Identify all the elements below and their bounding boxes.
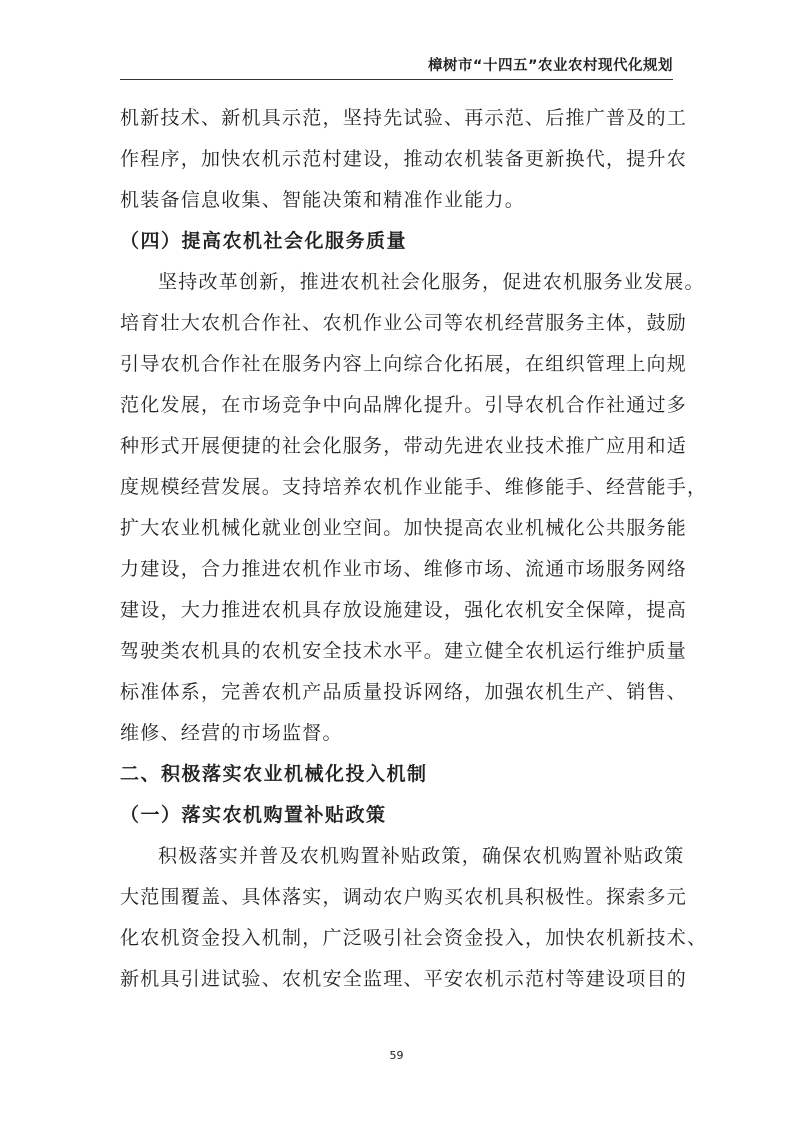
text-line: 积极落实并普及农机购置补贴政策，确保农机购置补贴政策 <box>120 836 680 877</box>
text-line: 力建设，合力推进农机作业市场、维修市场、流通市场服务网络 <box>120 549 680 590</box>
section-heading-4: （四）提高农机社会化服务质量 <box>120 221 680 262</box>
text-line: 标准体系，完善农机产品质量投诉网络，加强农机生产、销售、 <box>120 672 680 713</box>
paragraph-continued: 机新技术、新机具示范，坚持先试验、再示范、后推广普及的工 作程序，加快农机示范村… <box>120 98 680 221</box>
text-line: 引导农机合作社在服务内容上向综合化拓展，在组织管理上向规 <box>120 344 680 385</box>
text-line: 范化发展，在市场竞争中向品牌化提升。引导农机合作社通过多 <box>120 385 680 426</box>
text-line: 扩大农业机械化就业创业空间。加快提高农业机械化公共服务能 <box>120 508 680 549</box>
page-number: 59 <box>0 1049 793 1062</box>
running-header: 樟树市“十四五”农业农村现代化规划 <box>120 54 673 80</box>
chapter-heading-2: 二、积极落实农业机械化投入机制 <box>120 754 680 795</box>
page-body: 机新技术、新机具示范，坚持先试验、再示范、后推广普及的工 作程序，加快农机示范村… <box>120 98 680 1000</box>
text-line: 机新技术、新机具示范，坚持先试验、再示范、后推广普及的工 <box>120 98 680 139</box>
text-line: 机装备信息收集、智能决策和精准作业能力。 <box>120 180 680 221</box>
text-line: 坚持改革创新，推进农机社会化服务，促进农机服务业发展。 <box>120 262 680 303</box>
paragraph-section-1: 积极落实并普及农机购置补贴政策，确保农机购置补贴政策 大范围覆盖、具体落实，调动… <box>120 836 680 1000</box>
text-line: 大范围覆盖、具体落实，调动农户购买农机具积极性。探索多元 <box>120 877 680 918</box>
text-line: 化农机资金投入机制，广泛吸引社会资金投入，加快农机新技术、 <box>120 918 680 959</box>
text-line: 驾驶类农机具的农机安全技术水平。建立健全农机运行维护质量 <box>120 631 680 672</box>
text-line: 培育壮大农机合作社、农机作业公司等农机经营服务主体，鼓励 <box>120 303 680 344</box>
paragraph-section-4: 坚持改革创新，推进农机社会化服务，促进农机服务业发展。 培育壮大农机合作社、农机… <box>120 262 680 754</box>
text-line: 新机具引进试验、农机安全监理、平安农机示范村等建设项目的 <box>120 959 680 1000</box>
text-line: 维修、经营的市场监督。 <box>120 713 680 754</box>
text-line: 度规模经营发展。支持培养农机作业能手、维修能手、经营能手， <box>120 467 680 508</box>
text-line: 作程序，加快农机示范村建设，推动农机装备更新换代，提升农 <box>120 139 680 180</box>
section-heading-1: （一）落实农机购置补贴政策 <box>120 795 680 836</box>
text-line: 种形式开展便捷的社会化服务，带动先进农业技术推广应用和适 <box>120 426 680 467</box>
document-title: 樟树市“十四五”农业农村现代化规划 <box>428 54 673 75</box>
text-line: 建设，大力推进农机具存放设施建设，强化农机安全保障，提高 <box>120 590 680 631</box>
